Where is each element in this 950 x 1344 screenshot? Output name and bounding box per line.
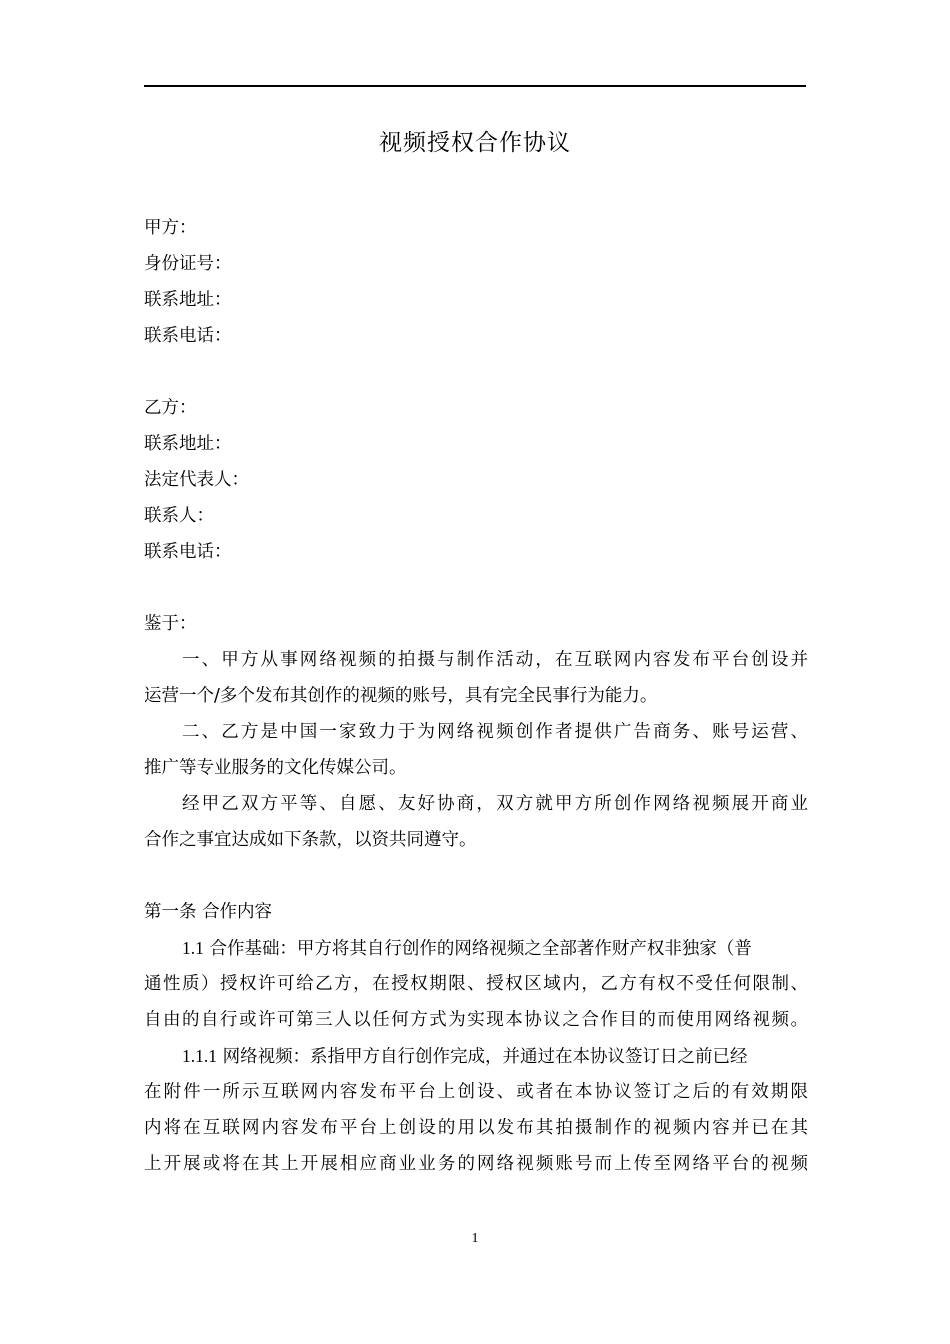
article1-heading: 第一条 合作内容 — [144, 900, 808, 924]
party-a-address-label: 联系地址： — [144, 288, 808, 312]
clause-text: 网络视频：系指甲方自行创作完成，并通过在本协议签订日之前已经 — [217, 1047, 748, 1067]
party-b-label: 乙方： — [144, 396, 808, 420]
clause-1-1-1-line3: 内将在互联网内容发布平台上创设的用以发布其拍摄制作的视频内容并已在其 — [144, 1116, 808, 1140]
header-rule — [144, 85, 806, 87]
party-b-address-label: 联系地址： — [144, 432, 808, 456]
clause-number: 1.1.1 — [182, 1046, 217, 1066]
whereas-p3-line1: 经甲乙双方平等、自愿、友好协商，双方就甲方所创作网络视频展开商业 — [182, 792, 808, 816]
clause-1-1-line2: 通性质）授权许可给乙方，在授权期限、授权区域内，乙方有权不受任何限制、 — [144, 972, 808, 996]
party-b-contact-label: 联系人： — [144, 504, 808, 528]
clause-number: 1.1 — [182, 938, 204, 958]
whereas-p1-line2: 运营一个/多个发布其创作的视频的账号，具有完全民事行为能力。 — [144, 684, 808, 708]
whereas-p3-line2: 合作之事宜达成如下条款，以资共同遵守。 — [144, 828, 808, 852]
whereas-p2-line1: 二、乙方是中国一家致力于为网络视频创作者提供广告商务、账号运营、 — [182, 720, 808, 744]
document-title: 视频授权合作协议 — [0, 124, 950, 157]
party-b-legal-rep-label: 法定代表人： — [144, 468, 808, 492]
clause-1-1-1-line4: 上开展或将在其上开展相应商业业务的网络视频账号而上传至网络平台的视频 — [144, 1152, 808, 1176]
clause-1-1-line1: 1.1 合作基础：甲方将其自行创作的网络视频之全部著作财产权非独家（普 — [182, 936, 808, 961]
party-a-label: 甲方： — [144, 216, 808, 240]
party-a-phone-label: 联系电话： — [144, 324, 808, 348]
whereas-p2-line2: 推广等专业服务的文化传媒公司。 — [144, 756, 808, 780]
page-number: 1 — [0, 1231, 950, 1247]
whereas-p1-line1: 一、甲方从事网络视频的拍摄与制作活动，在互联网内容发布平台创设并 — [182, 648, 808, 672]
clause-text: 合作基础：甲方将其自行创作的网络视频之全部著作财产权非独家（普 — [204, 939, 752, 959]
whereas-heading: 鉴于： — [144, 612, 808, 636]
party-a-id-label: 身份证号： — [144, 252, 808, 276]
clause-1-1-1-line2: 在附件一所示互联网内容发布平台上创设、或者在本协议签订之后的有效期限 — [144, 1080, 808, 1104]
clause-1-1-line3: 自由的自行或许可第三人以任何方式为实现本协议之合作目的而使用网络视频。 — [144, 1008, 808, 1032]
clause-1-1-1-line1: 1.1.1 网络视频：系指甲方自行创作完成，并通过在本协议签订日之前已经 — [182, 1044, 808, 1069]
party-b-phone-label: 联系电话： — [144, 540, 808, 564]
